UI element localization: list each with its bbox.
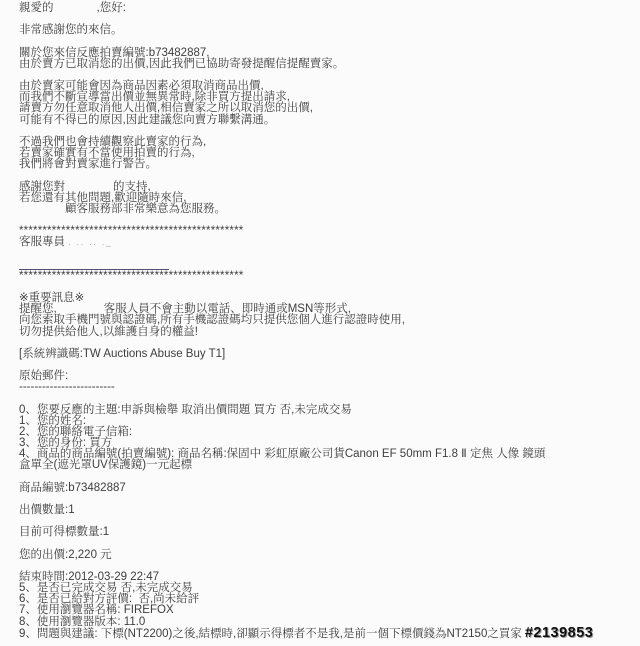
text-run: 盒單全(遮光罩UV保護鏡)一元起標 (19, 459, 192, 471)
blank-line (19, 539, 640, 550)
redacted-gap (19, 211, 65, 212)
text-run: 非常感謝您的來信。 (19, 24, 123, 36)
text-run: 您的出價:2,220 元 (19, 549, 112, 561)
system-id-line: [系統辨識碼:TW Auctions Abuse Buy T1] (19, 349, 640, 360)
question-line: 9、問題與建議: 下標(NT2200)之後,結標時,卻顯示得標者不是我,是前一個… (19, 628, 640, 639)
blank-line (19, 360, 640, 371)
text-line: 我們將會對賣家進行警告。 (19, 159, 640, 170)
bid-amount-line: 您的出價:2,220 元 (19, 550, 640, 561)
blank-line (19, 248, 640, 259)
text-run: ,您好: (97, 2, 126, 14)
text-run: 由於賣方已取消您的出價,因此我們已協助寄發提醒信提醒賣家。 (19, 58, 344, 70)
text-line: 可能有不得已的原因,因此建議您向賣方聯繫溝通。 (19, 115, 640, 126)
text-run: 9、問題與建議: 下標(NT2200)之後,結標時,卻顯示得標者不是我,是前一個… (19, 628, 522, 640)
text-line: 0、您要反應的主題:申訴與檢舉 取消出價問題 買方 否,未完成交易 (19, 405, 640, 416)
divider-dashes: ------------------------- (19, 382, 640, 393)
email-body: 親愛的,您好:非常感謝您的來信。關於您來信反應拍賣編號:b73482887,由於… (19, 3, 640, 639)
text-line: 盒單全(遮光罩UV保護鏡)一元起標 (19, 460, 640, 471)
text-line: 切勿提供給他人,以維護自身的權益! (19, 327, 640, 338)
post-id-watermark: #2139853 (525, 625, 594, 641)
text-line: 顧客服務部非常樂意為您服務。 (19, 204, 640, 215)
text-line: 由於賣方已取消您的出價,因此我們已協助寄發提醒信提醒賣家。 (19, 59, 640, 70)
text-run: 客服專員 (19, 236, 68, 248)
service-agent-signature: 客服專員 . .. .. ._ (19, 237, 640, 248)
text-line: 出價數量:1 (19, 505, 640, 516)
text-run: 8、使用瀏覽器版本: 11.0 (19, 616, 145, 628)
text-line: 非常感謝您的來信。 (19, 25, 640, 36)
text-run: 我們將會對賣家進行警告。 (19, 158, 157, 170)
divider-asterisks: ****************************************… (19, 226, 640, 237)
redacted-gap (54, 10, 97, 11)
blank-line (19, 516, 640, 527)
email-document: 親愛的,您好:非常感謝您的來信。關於您來信反應拍賣編號:b73482887,由於… (0, 0, 640, 646)
divider-asterisks: ****************************************… (19, 271, 640, 282)
redacted-gap (65, 189, 113, 190)
text-run: ------------------------- (19, 381, 115, 393)
text-run: 可能有不得已的原因,因此建議您向賣方聯繫溝通。 (19, 114, 275, 126)
erased-link-underline (19, 260, 169, 270)
text-run: ****************************************… (19, 270, 243, 282)
text-run: [系統辨識碼:TW Auctions Abuse Buy T1] (19, 348, 225, 360)
blank-line (19, 494, 640, 505)
salutation-line: 親愛的,您好: (19, 3, 640, 14)
blank-line (19, 282, 640, 293)
item-number-line: 商品編號:b73482887 (19, 483, 640, 494)
redacted-gap (57, 311, 104, 312)
text-run: 目前可得標數量:1 (19, 526, 109, 538)
text-run: 顧客服務部非常樂意為您服務。 (65, 203, 226, 215)
text-run: 商品編號:b73482887 (19, 482, 126, 494)
text-run: 切勿提供給他人,以維護自身的權益! (19, 326, 198, 338)
redacted-agent-name: . .. .. ._ (68, 238, 112, 247)
text-run: 親愛的 (19, 2, 54, 14)
text-run: 出價數量:1 (19, 504, 75, 516)
text-line: 目前可得標數量:1 (19, 527, 640, 538)
